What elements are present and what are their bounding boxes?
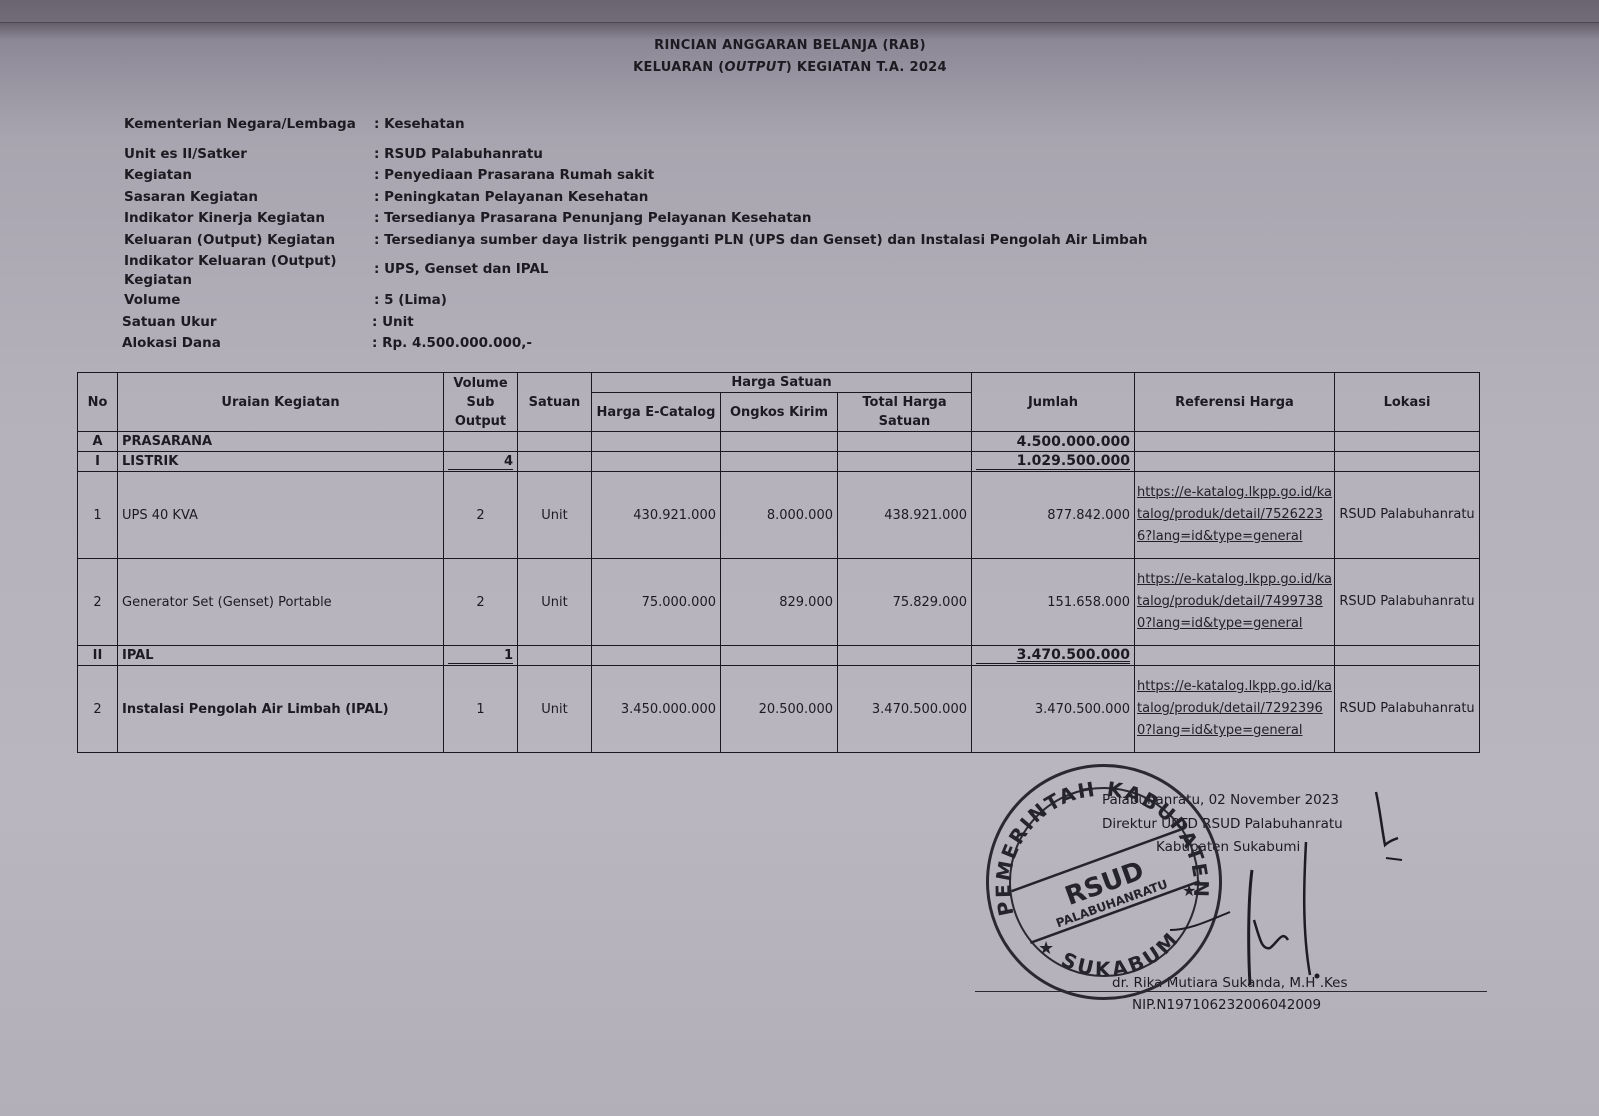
meta-value: : Penyediaan Prasarana Rumah sakit [374, 167, 654, 183]
meta-value: : Unit [372, 314, 414, 330]
meta-value: : RSUD Palabuhanratu [374, 146, 543, 162]
cell-jumlah: 3.470.500.000 [972, 666, 1135, 753]
handwritten-signature-icon [1170, 780, 1430, 1000]
cell-no: 2 [78, 666, 118, 753]
cell-referensi [1135, 452, 1335, 472]
header-referensi: Referensi Harga [1135, 373, 1335, 432]
cell-referensi [1135, 646, 1335, 666]
subtitle-italic: OUTPUT [725, 60, 786, 75]
cell-lokasi [1335, 432, 1480, 452]
header-harga-ecatalog: Harga E-Catalog [592, 393, 721, 432]
cell-referensi [1135, 432, 1335, 452]
cell-volume: 2 [444, 472, 518, 559]
section-row-ipal: II IPAL 1 3.470.500.000 [78, 646, 1480, 666]
meta-label: Indikator Keluaran (Output) [124, 253, 374, 269]
meta-value: : 5 (Lima) [374, 292, 447, 308]
reference-link[interactable]: https://e-katalog.lkpp.go.id/katalog/pro… [1135, 472, 1335, 559]
meta-label-continued: Kegiatan [124, 272, 374, 288]
cell-satuan: Unit [518, 666, 592, 753]
section-row-listrik: I LISTRIK 4 1.029.500.000 [78, 452, 1480, 472]
cell-jumlah: 151.658.000 [972, 559, 1135, 646]
cell-lokasi: RSUD Palabuhanratu [1335, 666, 1480, 753]
meta-value: : Peningkatan Pelayanan Kesehatan [374, 189, 648, 205]
cell-harga-ecatalog [592, 646, 721, 666]
cell-uraian: LISTRIK [118, 452, 444, 472]
cell-volume: 1 [448, 648, 513, 664]
cell-ongkos-kirim: 829.000 [721, 559, 838, 646]
cell-jumlah: 877.842.000 [972, 472, 1135, 559]
header-ongkos-kirim: Ongkos Kirim [721, 393, 838, 432]
header-total-harga-satuan: Total Harga Satuan [838, 393, 972, 432]
subtitle-suffix: ) KEGIATAN T.A. 2024 [786, 60, 947, 75]
meta-label: Alokasi Dana [122, 335, 372, 351]
cell-ongkos-kirim [721, 646, 838, 666]
cell-satuan [518, 432, 592, 452]
cell-volume [444, 432, 518, 452]
cell-ongkos-kirim [721, 452, 838, 472]
header-satuan: Satuan [518, 373, 592, 432]
header-no: No [78, 373, 118, 432]
cell-jumlah: 1.029.500.000 [976, 453, 1130, 470]
meta-value: : Tersedianya sumber daya listrik pengga… [374, 232, 1148, 248]
meta-value: : Tersedianya Prasarana Penunjang Pelaya… [374, 210, 812, 226]
meta-label: Kegiatan [124, 167, 374, 183]
cell-lokasi: RSUD Palabuhanratu [1335, 472, 1480, 559]
cell-total-harga [838, 432, 972, 452]
stamp-star-icon: ★ [1038, 938, 1054, 959]
cell-satuan: Unit [518, 559, 592, 646]
meta-label: Volume [124, 292, 374, 308]
section-row-prasarana: A PRASARANA 4.500.000.000 [78, 432, 1480, 452]
cell-harga-ecatalog: 75.000.000 [592, 559, 721, 646]
cell-no: A [78, 432, 118, 452]
cell-total-harga [838, 646, 972, 666]
cell-total-harga: 438.921.000 [838, 472, 972, 559]
cell-no: II [78, 646, 118, 666]
document-subtitle: KELUARAN (OUTPUT) KEGIATAN T.A. 2024 [0, 60, 1580, 75]
table-row-genset: 2 Generator Set (Genset) Portable 2 Unit… [78, 559, 1480, 646]
meta-label: Satuan Ukur [122, 314, 372, 330]
header-lokasi: Lokasi [1335, 373, 1480, 432]
reference-link[interactable]: https://e-katalog.lkpp.go.id/katalog/pro… [1135, 666, 1335, 753]
paper-fold-edge [0, 0, 1599, 23]
cell-volume: 2 [444, 559, 518, 646]
subtitle-prefix: KELUARAN ( [633, 60, 724, 75]
cell-lokasi [1335, 452, 1480, 472]
cell-jumlah: 3.470.500.000 [976, 647, 1130, 664]
cell-ongkos-kirim: 20.500.000 [721, 666, 838, 753]
cell-total-harga [838, 452, 972, 472]
cell-ongkos-kirim: 8.000.000 [721, 472, 838, 559]
header-harga-satuan: Harga Satuan [592, 373, 972, 393]
cell-total-harga: 3.470.500.000 [838, 666, 972, 753]
cell-harga-ecatalog [592, 432, 721, 452]
cell-harga-ecatalog: 430.921.000 [592, 472, 721, 559]
cell-volume: 1 [444, 666, 518, 753]
cell-uraian: UPS 40 KVA [118, 472, 444, 559]
cell-no: 1 [78, 472, 118, 559]
budget-table: No Uraian Kegiatan Volume Sub Output Sat… [77, 372, 1480, 753]
meta-label: Indikator Kinerja Kegiatan [124, 210, 374, 226]
meta-label: Sasaran Kegiatan [124, 189, 374, 205]
cell-total-harga: 75.829.000 [838, 559, 972, 646]
cell-satuan [518, 452, 592, 472]
cell-no: I [78, 452, 118, 472]
cell-uraian: Instalasi Pengolah Air Limbah (IPAL) [118, 666, 444, 753]
meta-label: Unit es II/Satker [124, 146, 374, 162]
meta-value: : Rp. 4.500.000.000,- [372, 335, 532, 351]
header-jumlah: Jumlah [972, 373, 1135, 432]
cell-lokasi: RSUD Palabuhanratu [1335, 559, 1480, 646]
header-volume: Volume Sub Output [444, 373, 518, 432]
meta-label: Keluaran (Output) Kegiatan [124, 232, 374, 248]
cell-harga-ecatalog: 3.450.000.000 [592, 666, 721, 753]
cell-uraian: IPAL [118, 646, 444, 666]
cell-lokasi [1335, 646, 1480, 666]
reference-link[interactable]: https://e-katalog.lkpp.go.id/katalog/pro… [1135, 559, 1335, 646]
meta-value: : Kesehatan [374, 116, 465, 132]
cell-uraian: PRASARANA [118, 432, 444, 452]
meta-value: : UPS, Genset dan IPAL [374, 261, 549, 277]
cell-harga-ecatalog [592, 452, 721, 472]
cell-no: 2 [78, 559, 118, 646]
table-row-ipal: 2 Instalasi Pengolah Air Limbah (IPAL) 1… [78, 666, 1480, 753]
table-row-ups: 1 UPS 40 KVA 2 Unit 430.921.000 8.000.00… [78, 472, 1480, 559]
cell-volume: 4 [448, 454, 513, 470]
cell-jumlah: 4.500.000.000 [972, 432, 1135, 452]
cell-satuan [518, 646, 592, 666]
document-title: RINCIAN ANGGARAN BELANJA (RAB) [0, 38, 1580, 53]
meta-label: Kementerian Negara/Lembaga [124, 116, 374, 132]
header-uraian: Uraian Kegiatan [118, 373, 444, 432]
cell-uraian: Generator Set (Genset) Portable [118, 559, 444, 646]
cell-satuan: Unit [518, 472, 592, 559]
cell-ongkos-kirim [721, 432, 838, 452]
